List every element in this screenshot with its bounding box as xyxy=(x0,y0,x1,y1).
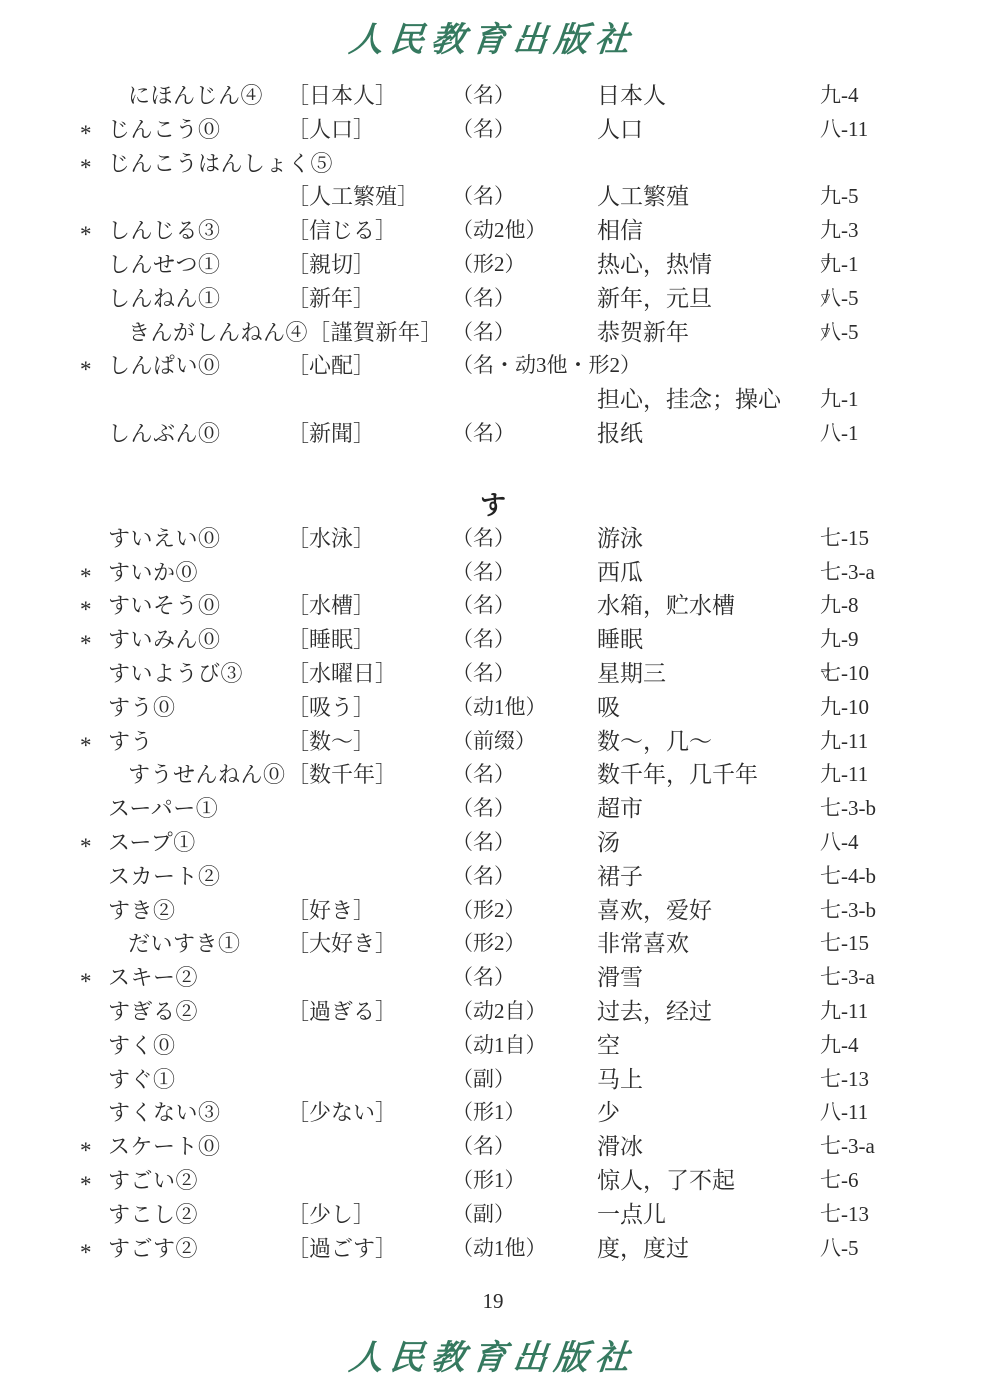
entry-chinese-meaning: 惊人，了不起 xyxy=(597,1164,735,1198)
vocab-entry-row: * しんぱい⓪ ［心配］ （名・动3他・形2） xyxy=(0,349,986,383)
vocab-entry-row: すうせんねん⓪ ［数千年］ （名） 数千年，几千年 九-11 xyxy=(0,758,986,792)
entry-kanji: ［水槽］ xyxy=(287,589,375,623)
entry-part-of-speech: （名） xyxy=(452,316,515,350)
entry-kana: スカート② xyxy=(108,860,221,894)
vocab-entry-row: すくない③ ［少ない］ （形1） 少 八-11 xyxy=(0,1096,986,1130)
vocab-entry-row: * しんじる③ ［信じる］ （动2他） 相信 九-3 xyxy=(0,214,986,248)
entry-part-of-speech: （名） xyxy=(452,417,515,451)
entry-kana: スーパー① xyxy=(108,792,218,826)
entry-kanji: ［新聞］ xyxy=(287,417,375,451)
lesson-ref-text: 七-10 xyxy=(820,657,869,691)
vocab-entry-row: * すいか⓪ （名） 西瓜 七-3-a xyxy=(0,556,986,590)
entry-kanji: ［信じる］ xyxy=(287,214,397,248)
common-word-asterisk: * xyxy=(80,117,92,151)
entry-chinese-meaning: 一点儿 xyxy=(597,1198,666,1232)
entry-kana: しんぶん⓪ xyxy=(108,417,221,451)
entry-kanji: ［睡眠］ xyxy=(287,623,375,657)
lesson-ref-text: 八-5 xyxy=(820,1232,859,1266)
entry-chinese-meaning: 裙子 xyxy=(597,860,643,894)
entry-kana: すう xyxy=(108,725,153,759)
vocab-entry-row: だいすき① ［大好き］ （形2） 非常喜欢 七-15 xyxy=(0,927,986,961)
common-word-asterisk: * xyxy=(80,218,92,252)
entry-kana: すうせんねん⓪ xyxy=(128,758,286,792)
lesson-ref-text: 七-13 xyxy=(820,1063,869,1097)
entry-part-of-speech: （副） xyxy=(452,1063,515,1097)
entry-kanji: ［少ない］ xyxy=(287,1096,397,1130)
entry-part-of-speech: （名） xyxy=(452,860,515,894)
vocab-entry-row: しんぶん⓪ ［新聞］ （名） 报纸 八-1 xyxy=(0,417,986,451)
entry-kana: すぎる② xyxy=(108,995,198,1029)
entry-kana: すくない③ xyxy=(108,1096,221,1130)
vocab-entry-row: しんせつ① ［親切］ （形2） 热心，热情 九-1▽ xyxy=(0,248,986,282)
section-header: す xyxy=(0,488,986,522)
vocab-entry-row: * スープ① （名） 汤 八-4 xyxy=(0,826,986,860)
entry-kana: しんせつ① xyxy=(108,248,221,282)
entry-kana: すこし② xyxy=(108,1198,198,1232)
entry-kana: じんこう⓪ xyxy=(108,113,221,147)
common-word-asterisk: * xyxy=(80,965,92,999)
entry-part-of-speech: （名） xyxy=(452,657,515,691)
entry-kanji: ［数～］ xyxy=(287,725,375,759)
vocab-entry-row: すき② ［好き］ （形2） 喜欢，爱好 七-3-b xyxy=(0,894,986,928)
entry-chinese-meaning: 恭贺新年 xyxy=(597,316,689,350)
entry-chinese-meaning: 超市 xyxy=(597,792,643,826)
entry-kana: すごい② xyxy=(108,1164,198,1198)
entry-kana: にほんじん④ xyxy=(128,79,263,113)
entry-part-of-speech: （形2） xyxy=(452,894,526,928)
vocab-entry-row: きんがしんねん④［謹賀新年］ （名） 恭贺新年 八-5▽ xyxy=(0,316,986,350)
common-word-asterisk: * xyxy=(80,560,92,594)
vocab-entry-row: * すいそう⓪ ［水槽］ （名） 水箱，贮水槽 九-8 xyxy=(0,589,986,623)
entry-chinese-meaning: 非常喜欢 xyxy=(597,927,689,961)
lesson-ref-text: 九-1 xyxy=(820,383,859,417)
entry-chinese-meaning: 睡眠 xyxy=(597,623,643,657)
vocab-entry-row: すこし② ［少し］ （副） 一点儿 七-13 xyxy=(0,1198,986,1232)
entry-chinese-meaning: 滑雪 xyxy=(597,961,643,995)
common-word-asterisk: * xyxy=(80,1236,92,1270)
entry-chinese-meaning: 数～，几～ xyxy=(597,725,712,759)
entry-kana: しんぱい⓪ xyxy=(108,349,221,383)
entry-chinese-meaning: 水箱，贮水槽 xyxy=(597,589,735,623)
entry-chinese-meaning: 人口 xyxy=(597,113,643,147)
entry-lesson-ref: 八-5▽ xyxy=(820,282,830,319)
entry-kana: すく⓪ xyxy=(108,1029,176,1063)
entry-kanji: ［水曜日］ xyxy=(287,657,397,691)
entry-part-of-speech: （名） xyxy=(452,180,515,214)
entry-chinese-meaning: 马上 xyxy=(597,1063,643,1097)
vocabulary-list: にほんじん④ ［日本人］ （名） 日本人 九-4 * じんこう⓪ ［人口］ （名… xyxy=(0,79,986,1265)
vocab-entry-row: すぐ① （副） 马上 七-13 xyxy=(0,1063,986,1097)
vocab-entry-row: にほんじん④ ［日本人］ （名） 日本人 九-4 xyxy=(0,79,986,113)
lesson-ref-text: 八-1 xyxy=(820,417,859,451)
common-word-asterisk: * xyxy=(80,593,92,627)
lesson-ref-text: 九-1 xyxy=(820,248,859,282)
entry-kanji: ［大好き］ xyxy=(287,927,397,961)
entry-kanji: ［過ごす］ xyxy=(287,1232,397,1266)
vocab-entry-row: スカート② （名） 裙子 七-4-b xyxy=(0,860,986,894)
entry-kana: スープ① xyxy=(108,826,196,860)
lesson-ref-text: 七-6 xyxy=(820,1164,859,1198)
entry-part-of-speech: （副） xyxy=(452,1198,515,1232)
vocab-entry-row: * すいみん⓪ ［睡眠］ （名） 睡眠 九-9 xyxy=(0,623,986,657)
lesson-ref-text: 七-15 xyxy=(820,927,869,961)
vocab-entry-row: * すごす② ［過ごす］ （动1他） 度，度过 八-5 xyxy=(0,1232,986,1266)
vocab-entry-row: しんねん① ［新年］ （名） 新年，元旦 八-5▽ xyxy=(0,282,986,316)
entry-kana: すごす② xyxy=(108,1232,198,1266)
entry-part-of-speech: （名） xyxy=(452,623,515,657)
lesson-ref-text: 八-11 xyxy=(820,1096,868,1130)
entry-part-of-speech: （名） xyxy=(452,282,515,316)
entry-part-of-speech: （动1他） xyxy=(452,691,547,725)
entry-kana: しんじる③ xyxy=(108,214,221,248)
vocab-entry-row: * すごい② （形1） 惊人，了不起 七-6 xyxy=(0,1164,986,1198)
entry-part-of-speech: （名） xyxy=(452,826,515,860)
entry-part-of-speech: （动1自） xyxy=(452,1029,547,1063)
entry-chinese-meaning: 热心，热情 xyxy=(597,248,712,282)
lesson-ref-text: 九-11 xyxy=(820,725,868,759)
entry-kanji: ［心配］ xyxy=(287,349,375,383)
entry-chinese-meaning: 滑冰 xyxy=(597,1130,643,1164)
publisher-logo-top: 人民教育出版社 xyxy=(0,12,986,61)
entry-part-of-speech: （名） xyxy=(452,522,515,556)
lesson-ref-text: 七-3-b xyxy=(820,894,876,928)
lesson-ref-text: 八-4 xyxy=(820,826,859,860)
entry-kanji: ［新年］ xyxy=(287,282,375,316)
entry-kana: じんこうはんしょく⑤ xyxy=(108,147,333,181)
common-word-asterisk: * xyxy=(80,1168,92,1202)
entry-lesson-ref: 八-5▽ xyxy=(820,316,830,353)
entry-part-of-speech: （名） xyxy=(452,792,515,826)
vocab-entry-row: すいえい⓪ ［水泳］ （名） 游泳 七-15 xyxy=(0,522,986,556)
entry-chinese-meaning: 星期三 xyxy=(597,657,666,691)
entry-kana: しんねん① xyxy=(108,282,221,316)
vocab-entry-row: * じんこう⓪ ［人口］ （名） 人口 八-11 xyxy=(0,113,986,147)
lesson-ref-text: 九-8 xyxy=(820,589,859,623)
entry-kana: すいか⓪ xyxy=(108,556,198,590)
common-word-asterisk: * xyxy=(80,729,92,763)
entry-lesson-ref: 九-1▽ xyxy=(820,248,830,285)
entry-chinese-meaning: 喜欢，爱好 xyxy=(597,894,712,928)
entry-chinese-meaning: 度，度过 xyxy=(597,1232,689,1266)
entry-kanji: ［水泳］ xyxy=(287,522,375,556)
lesson-ref-text: 九-11 xyxy=(820,995,868,1029)
vocab-entry-row: * スキー② （名） 滑雪 七-3-a xyxy=(0,961,986,995)
lesson-ref-text: 九-9 xyxy=(820,623,859,657)
entry-kana: すぐ① xyxy=(108,1063,176,1097)
lesson-ref-text: 七-3-b xyxy=(820,792,876,826)
entry-part-of-speech: （名） xyxy=(452,556,515,590)
entry-kanji: ［人工繁殖］ xyxy=(287,180,419,214)
entry-chinese-meaning: 汤 xyxy=(597,826,620,860)
vocab-entry-row: * じんこうはんしょく⑤ xyxy=(0,147,986,181)
vocab-entry-row: * すう ［数～］ （前缀） 数～，几～ 九-11 xyxy=(0,725,986,759)
entry-part-of-speech: （动2他） xyxy=(452,214,547,248)
vocab-entry-row: すう⓪ ［吸う］ （动1他） 吸 九-10 xyxy=(0,691,986,725)
entry-kanji: ［親切］ xyxy=(287,248,375,282)
entry-lesson-ref: 七-10▽ xyxy=(820,657,830,694)
entry-kana: スケート⓪ xyxy=(108,1130,221,1164)
scanned-textbook-page: 人民教育出版社 にほんじん④ ［日本人］ （名） 日本人 九-4 * じんこう⓪… xyxy=(0,0,986,1388)
entry-part-of-speech: （名） xyxy=(452,758,515,792)
entry-part-of-speech: （名・动3他・形2） xyxy=(452,349,641,383)
entry-part-of-speech: （名） xyxy=(452,79,515,113)
vocab-entry-row: すく⓪ （动1自） 空 九-4 xyxy=(0,1029,986,1063)
entry-part-of-speech: （名） xyxy=(452,961,515,995)
entry-kana: すいそう⓪ xyxy=(108,589,221,623)
lesson-ref-text: 九-10 xyxy=(820,691,869,725)
entry-kanji: ［謹賀新年］ xyxy=(308,320,443,345)
entry-chinese-meaning: 西瓜 xyxy=(597,556,643,590)
entry-kana: だいすき① xyxy=(128,927,241,961)
entry-chinese-meaning: 游泳 xyxy=(597,522,643,556)
common-word-asterisk: * xyxy=(80,830,92,864)
entry-chinese-meaning: 过去，经过 xyxy=(597,995,712,1029)
common-word-asterisk: * xyxy=(80,627,92,661)
common-word-asterisk: * xyxy=(80,353,92,387)
lesson-ref-text: 九-11 xyxy=(820,758,868,792)
entry-kanji: ［日本人］ xyxy=(287,79,397,113)
entry-kana: スキー② xyxy=(108,961,198,995)
entry-kana: すう⓪ xyxy=(108,691,176,725)
entry-part-of-speech: （形1） xyxy=(452,1164,526,1198)
lesson-ref-text: 九-4 xyxy=(820,1029,859,1063)
entry-chinese-meaning: 人工繁殖 xyxy=(597,180,689,214)
entry-kanji: ［少し］ xyxy=(287,1198,375,1232)
vocab-entry-row: 担心，挂念；操心 九-1 xyxy=(0,383,986,417)
entry-part-of-speech: （形2） xyxy=(452,927,526,961)
lesson-ref-text: 九-4 xyxy=(820,79,859,113)
entry-chinese-meaning: 数千年，几千年 xyxy=(597,758,758,792)
lesson-ref-text: 七-4-b xyxy=(820,860,876,894)
common-word-asterisk: * xyxy=(80,151,92,185)
entry-chinese-meaning: 少 xyxy=(597,1096,620,1130)
entry-part-of-speech: （动1他） xyxy=(452,1232,547,1266)
entry-chinese-meaning: 日本人 xyxy=(597,79,666,113)
entry-kanji: ［過ぎる］ xyxy=(287,995,397,1029)
entry-kana: すき② xyxy=(108,894,176,928)
lesson-ref-text: 七-13 xyxy=(820,1198,869,1232)
lesson-ref-text: 八-5 xyxy=(820,282,859,316)
entry-kana: きんがしんねん④［謹賀新年］ xyxy=(128,316,443,350)
vocab-entry-row: * スケート⓪ （名） 滑冰 七-3-a xyxy=(0,1130,986,1164)
entry-kanji: ［数千年］ xyxy=(287,758,397,792)
page-number: 19 xyxy=(0,1289,986,1314)
entry-kanji: ［吸う］ xyxy=(287,691,375,725)
common-word-asterisk: * xyxy=(80,1134,92,1168)
lesson-ref-text: 八-5 xyxy=(820,316,859,350)
lesson-ref-text: 七-3-a xyxy=(820,961,875,995)
lesson-ref-text: 九-3 xyxy=(820,214,859,248)
lesson-ref-text: 八-11 xyxy=(820,113,868,147)
entry-kana: すいみん⓪ xyxy=(108,623,221,657)
entry-part-of-speech: （名） xyxy=(452,1130,515,1164)
entry-chinese-meaning: 担心，挂念；操心 xyxy=(597,383,781,417)
lesson-ref-text: 七-3-a xyxy=(820,556,875,590)
lesson-ref-text: 七-15 xyxy=(820,522,869,556)
vocab-entry-row: すぎる② ［過ぎる］ （动2自） 过去，经过 九-11 xyxy=(0,995,986,1029)
entry-chinese-meaning: 空 xyxy=(597,1029,620,1063)
entry-part-of-speech: （名） xyxy=(452,113,515,147)
entry-kanji: ［人口］ xyxy=(287,113,375,147)
vocab-entry-row: ［人工繁殖］ （名） 人工繁殖 九-5 xyxy=(0,180,986,214)
entry-kana: すいえい⓪ xyxy=(108,522,221,556)
lesson-ref-text: 九-5 xyxy=(820,180,859,214)
lesson-ref-text: 七-3-a xyxy=(820,1130,875,1164)
entry-kanji: ［好き］ xyxy=(287,894,375,928)
vocab-entry-row: すいようび③ ［水曜日］ （名） 星期三 七-10▽ xyxy=(0,657,986,691)
vocab-entry-row: スーパー① （名） 超市 七-3-b xyxy=(0,792,986,826)
entry-chinese-meaning: 新年，元旦 xyxy=(597,282,712,316)
entry-kana: すいようび③ xyxy=(108,657,243,691)
entry-part-of-speech: （前缀） xyxy=(452,725,536,759)
entry-chinese-meaning: 相信 xyxy=(597,214,643,248)
entry-part-of-speech: （名） xyxy=(452,589,515,623)
entry-chinese-meaning: 吸 xyxy=(597,691,620,725)
entry-part-of-speech: （动2自） xyxy=(452,995,547,1029)
entry-chinese-meaning: 报纸 xyxy=(597,417,643,451)
entry-part-of-speech: （形1） xyxy=(452,1096,526,1130)
entry-part-of-speech: （形2） xyxy=(452,248,526,282)
publisher-logo-bottom: 人民教育出版社 xyxy=(0,1330,986,1379)
